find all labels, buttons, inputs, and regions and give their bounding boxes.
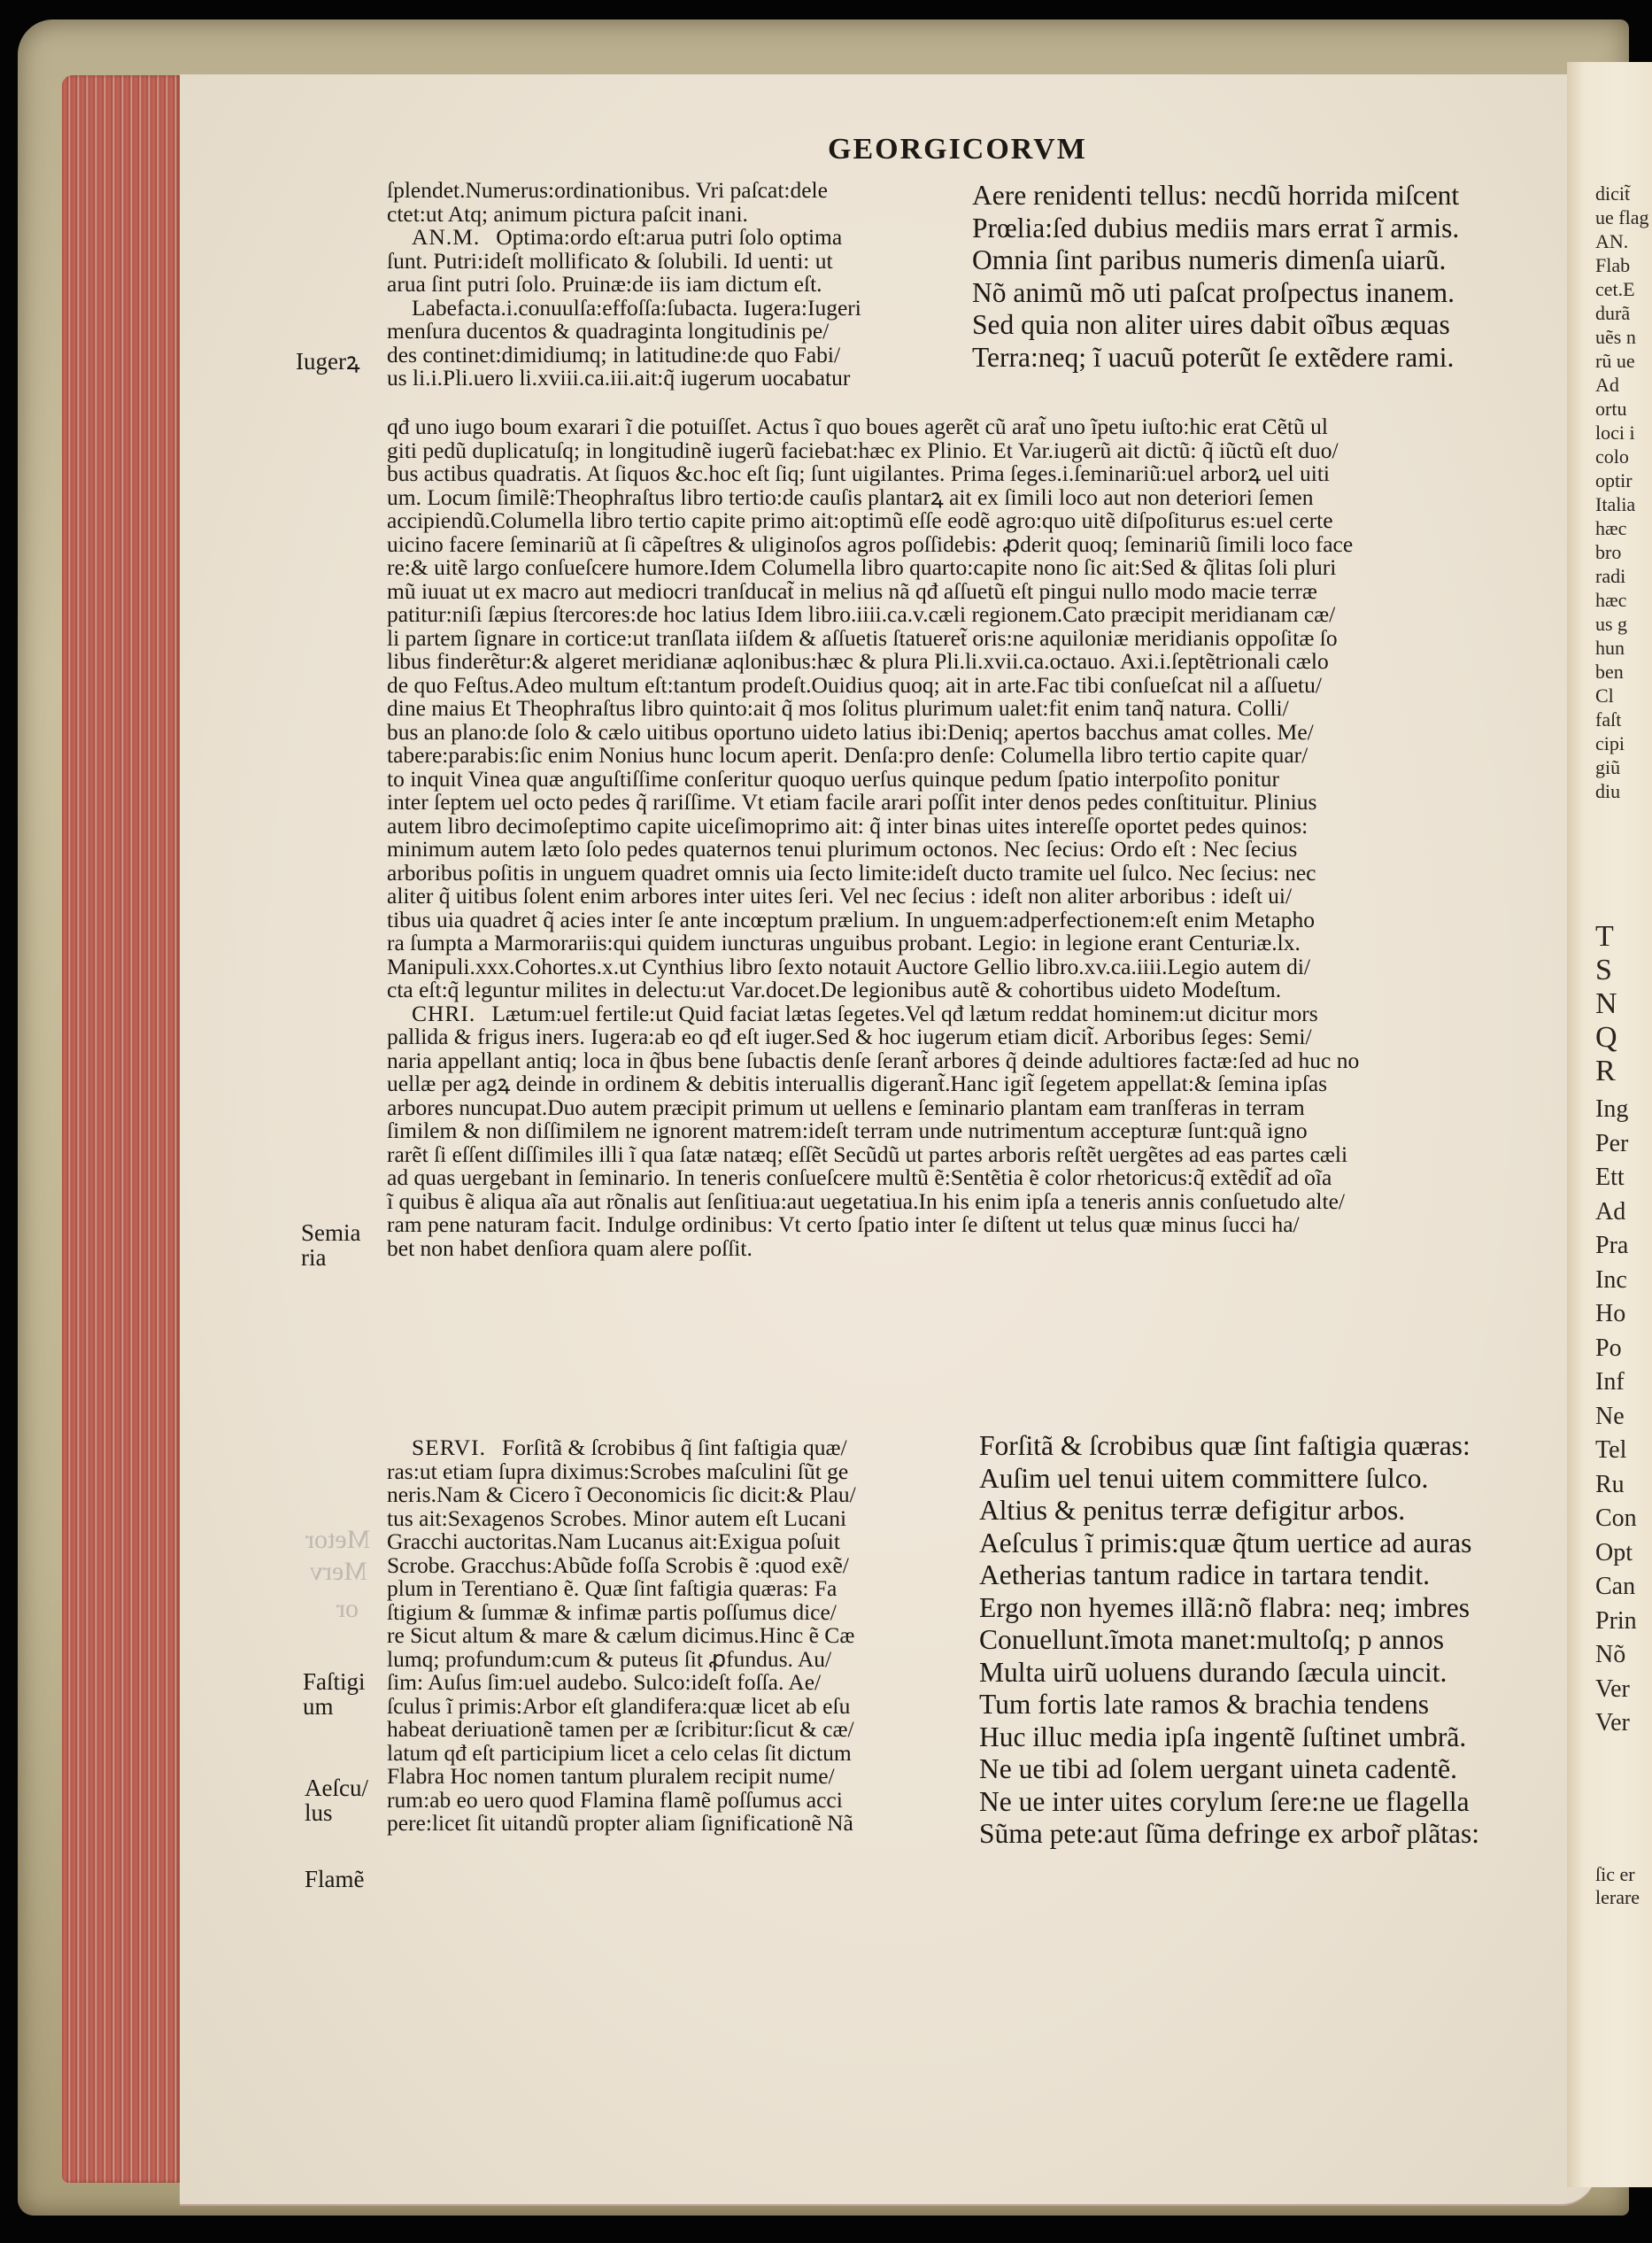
line-text: pallida & frigus iners. Iugera:ab eo qđ … <box>387 1024 1312 1049</box>
commentary-line: neris.Nam & Cicero ĩ Oeconomicis ſic dic… <box>387 1483 971 1507</box>
line-text: tibus uia quadret q̃ acies inter ſe ante… <box>387 907 1315 932</box>
commentary-line: Flabra Hoc nomen tantum pluralem recipit… <box>387 1765 971 1789</box>
marginal-note-line: lus <box>305 1800 368 1825</box>
commentator-siglum: CHRI. <box>412 1001 475 1026</box>
next-page-fragment: R <box>1595 1056 1652 1087</box>
next-page-fragment: bro <box>1595 541 1652 564</box>
verse-bottom-right: Forſitã & ſcrobibus quæ ſint faſtigia qu… <box>979 1430 1563 1851</box>
commentary-line: ſim: Auſus ſim:uel audebo. Sulco:ideſt f… <box>387 1671 971 1695</box>
verse-line: Forſitã & ſcrobibus quæ ſint faſtigia qu… <box>979 1430 1563 1463</box>
line-text: arboribus poſitis in unguem quadret omni… <box>387 860 1316 886</box>
commentary-line: naria appellant antiq; loca in q̃bus ben… <box>387 1049 1538 1073</box>
next-page-fragment: AN. <box>1595 230 1652 253</box>
line-text: aliter q̃ uitibus ſolent enim arbores in… <box>387 883 1292 909</box>
line-text: ĩ quibus ẽ aliqua aĩa aut rõnalis aut ſe… <box>387 1188 1345 1214</box>
marginal-note-flamen: Flamẽ <box>305 1867 365 1891</box>
commentary-line: rarẽt ſi eſſent diſſimiles illi ĩ qua ſa… <box>387 1143 1538 1167</box>
commentary-line: ra ſumpta a Marmorariis:qui quidem iunct… <box>387 932 1538 955</box>
line-text: ctet:ut Atq; animum pictura paſcit inani… <box>387 201 748 227</box>
verse-line: Huc illuc media ipſa ingentẽ ſuſtinet um… <box>979 1721 1563 1754</box>
commentary-line: arua ſint putri ſolo. Pruinæ:de iis iam … <box>387 273 971 297</box>
commentary-line: arboribus poſitis in unguem quadret omni… <box>387 862 1538 886</box>
next-page-fragment: loci i <box>1595 422 1652 445</box>
commentary-line: plum in Terentiano ẽ. Quæ ſint faſtigia … <box>387 1577 971 1601</box>
commentator-siglum: AN.M. <box>412 224 480 250</box>
line-text: ſculus ĩ primis:Arbor eſt glandifera:quæ… <box>387 1693 850 1719</box>
line-text: bet non habet denſiora quam alere poſſit… <box>387 1235 753 1261</box>
commentary-line: dine maius Et Theophraſtus libro quinto:… <box>387 697 1538 721</box>
next-page-fragment: Ing <box>1595 1094 1652 1125</box>
next-page-fragment: Per <box>1595 1128 1652 1160</box>
commentary-line: CHRI.Lætum:uel fertile:ut Quid faciat læ… <box>387 1002 1538 1026</box>
marginal-note-line: Iugerꝝ <box>296 349 360 374</box>
next-page-fragment: Pra <box>1595 1230 1652 1262</box>
commentary-line: ſunt. Putri:ideſt mollificato & ſolubili… <box>387 250 971 274</box>
commentary-line: qđ uno iugo boum exarari ĩ die potuiſſet… <box>387 415 1538 439</box>
line-text: Manipuli.xxx.Cohortes.x.ut Cynthius libr… <box>387 954 1310 979</box>
line-text: bus actibus quadratis. At ſiquos &c.hoc … <box>387 460 1330 486</box>
commentary-line: us li.i.Pli.uero li.xviii.ca.iii.ait:q̃ … <box>387 367 971 391</box>
line-text: uellæ per agꝝ deinde in ordinem & debiti… <box>387 1071 1327 1096</box>
line-text: Gracchi auctoritas.Nam Lucanus ait:Exigu… <box>387 1528 840 1554</box>
next-page-fragment: Ver <box>1595 1674 1652 1705</box>
next-page-fragment: S <box>1595 955 1652 986</box>
next-page-fragment: Ru <box>1595 1469 1652 1501</box>
commentary-line: bus an plano:de ſolo & cælo uitibus opor… <box>387 721 1538 745</box>
commentary-line: giti pedũ duplicatuſq; in longitudinẽ iu… <box>387 439 1538 463</box>
verse-line: Omnia ſint paribus numeris dimenſa uiarũ… <box>972 244 1539 277</box>
verse-line: Aere renidenti tellus: necdũ horrida miſ… <box>972 180 1539 213</box>
line-text: pere:licet ſit uitandũ propter aliam ſig… <box>387 1810 853 1836</box>
line-text: arbores nuncupat.Duo autem præcipit prim… <box>387 1094 1305 1120</box>
line-text: Forſitã & ſcrobibus q̃ ſint faſtigia quæ… <box>502 1435 847 1460</box>
line-text: rarẽt ſi eſſent diſſimiles illi ĩ qua ſa… <box>387 1141 1347 1167</box>
commentary-line: de quo Feſtus.Adeo multum eſt:tantum pro… <box>387 674 1538 698</box>
line-text: libus finderẽtur:& algeret meridianæ aql… <box>387 648 1329 674</box>
commentary-line: tabere:parabis:ſic enim Nonius hunc locu… <box>387 744 1538 768</box>
next-page-fragment: Flab <box>1595 254 1652 277</box>
commentary-top-left: ſplendet.Numerus:ordinationibus. Vri paſ… <box>387 179 971 391</box>
verse-line: Prœlia:ſed dubius mediis mars errat ĩ ar… <box>972 213 1539 245</box>
marginal-note-fastigium: Faſtigium <box>303 1669 366 1719</box>
commentary-line: tibus uia quadret q̃ acies inter ſe ante… <box>387 909 1538 932</box>
verse-line: Sũma pete:aut ſũma defringe ex arbor̃ pl… <box>979 1818 1563 1851</box>
next-page-fragment: Ne <box>1595 1401 1652 1433</box>
next-page-fragment: lerare <box>1595 1886 1652 1909</box>
verse-line: Aetherias tantum radice in tartara tendi… <box>979 1559 1563 1592</box>
verse-line: Nõ animũ mõ uti paſcat proſpectus inanem… <box>972 277 1539 310</box>
next-page-fragment: Ad <box>1595 374 1652 397</box>
commentary-line: minimum autem læto ſolo pedes quaternos … <box>387 838 1538 862</box>
verse-line: Multa uirũ uoluens durando ſæcula uincit… <box>979 1657 1563 1690</box>
next-page-fragment: Can <box>1595 1571 1652 1603</box>
line-text: us li.i.Pli.uero li.xviii.ca.iii.ait:q̃ … <box>387 365 850 391</box>
next-page-fragment: Ett <box>1595 1162 1652 1194</box>
line-text: re:& uitẽ largo conſueſcere humore.Idem … <box>387 554 1336 580</box>
line-text: des continet:dimidiumq; in latitudine:de… <box>387 342 840 367</box>
commentary-line: re:& uitẽ largo conſueſcere humore.Idem … <box>387 556 1538 580</box>
commentary-line: arbores nuncupat.Duo autem præcipit prim… <box>387 1096 1538 1120</box>
next-page-fragment: Ver <box>1595 1707 1652 1739</box>
verse-line: Conuellunt.ĩmota manet:multoſq; p annos <box>979 1624 1563 1657</box>
commentary-line: Manipuli.xxx.Cohortes.x.ut Cynthius libr… <box>387 955 1538 979</box>
verse-line: Ergo non hyemes illã:nõ flabra: neq; imb… <box>979 1592 1563 1625</box>
verse-line: Tum fortis late ramos & brachia tendens <box>979 1689 1563 1721</box>
show-through-word: Merv <box>310 1557 367 1587</box>
commentary-line: ram pene naturam facit. Indulge ordinibu… <box>387 1213 1538 1237</box>
red-fore-edge <box>62 75 181 2183</box>
line-text: patitur:niſi ſæpius ſtercores:de hoc lat… <box>387 601 1335 627</box>
line-text: autem libro decimoſeptimo capite uiceſim… <box>387 813 1308 839</box>
line-text: Lætum:uel fertile:ut Quid faciat lætas ſ… <box>491 1001 1317 1026</box>
commentary-line: libus finderẽtur:& algeret meridianæ aql… <box>387 650 1538 674</box>
line-text: inter ſeptem uel octo pedes q̃ rariſſime… <box>387 789 1316 815</box>
next-page-fragment: diu <box>1595 780 1652 803</box>
marginal-note-line: Faſtigi <box>303 1669 366 1694</box>
commentary-line: ĩ quibus ẽ aliqua aĩa aut rõnalis aut ſe… <box>387 1190 1538 1214</box>
commentary-line: ſculus ĩ primis:Arbor eſt glandifera:quæ… <box>387 1695 971 1719</box>
marginal-note-line: ria <box>301 1245 361 1270</box>
verse-line: Ne ue inter uites corylum ſere:ne ue fla… <box>979 1786 1563 1819</box>
next-page-fragment: ortu <box>1595 398 1652 421</box>
line-text: qđ uno iugo boum exarari ĩ die potuiſſet… <box>387 414 1328 439</box>
commentary-bottom-left: SERVI.Forſitã & ſcrobibus q̃ ſint faſtig… <box>387 1436 971 1836</box>
commentary-line: Labefacta.i.conuulſa:effoſſa:ſubacta. Iu… <box>387 297 971 321</box>
commentary-line: autem libro decimoſeptimo capite uiceſim… <box>387 815 1538 839</box>
commentary-line: li partem ſignare in cortice:ut tranſlat… <box>387 627 1538 651</box>
commentary-line: des continet:dimidiumq; in latitudine:de… <box>387 344 971 367</box>
next-page-fragment: cipi <box>1595 732 1652 755</box>
next-page-fragment: uẽs n <box>1595 326 1652 349</box>
commentary-line: lumq; profundum:cum & puteus ſit ꝓfundus… <box>387 1648 971 1672</box>
commentary-line: pere:licet ſit uitandũ propter aliam ſig… <box>387 1812 971 1836</box>
commentary-line: patitur:niſi ſæpius ſtercores:de hoc lat… <box>387 603 1538 627</box>
line-text: ras:ut etiam ſupra diximus:Scrobes maſcu… <box>387 1458 848 1484</box>
commentary-line: um. Locum ſimilẽ:Theophraſtus libro tert… <box>387 486 1538 510</box>
next-page-fragment: Con <box>1595 1503 1652 1535</box>
line-text: ad quas uergebant in ſeminario. In tener… <box>387 1164 1332 1190</box>
running-head: GEORGICORVM <box>828 133 1087 166</box>
next-page-fragment: ue flag <box>1595 206 1652 229</box>
line-text: li partem ſignare in cortice:ut tranſlat… <box>387 625 1338 651</box>
next-page-fragment: Ho <box>1595 1298 1652 1330</box>
verse-line: Terra:neq; ĩ uacuũ poterũt ſe extẽdere r… <box>972 342 1539 375</box>
commentary-line: ſimilem & non diſſimilem ne ignorent mat… <box>387 1119 1538 1143</box>
commentary-line: tus ait:Sexagenos Scrobes. Minor autem e… <box>387 1507 971 1531</box>
line-text: minimum autem læto ſolo pedes quaternos … <box>387 836 1297 862</box>
next-page-fragment: Inc <box>1595 1265 1652 1296</box>
next-page-fragment: Nõ <box>1595 1639 1652 1671</box>
show-through-word: Metor <box>305 1525 370 1555</box>
commentary-line: aliter q̃ uitibus ſolent enim arbores in… <box>387 885 1538 909</box>
next-page-fragment: hun <box>1595 637 1652 660</box>
line-text: Optima:ordo eſt:arua putri ſolo optima <box>496 224 842 250</box>
commentary-line: ſplendet.Numerus:ordinationibus. Vri paſ… <box>387 179 971 203</box>
next-page-fragment: Opt <box>1595 1537 1652 1569</box>
next-page-fragment: hæc <box>1595 589 1652 612</box>
commentary-line: Scrobe. Gracchus:Abũde foſſa Scrobis ẽ :… <box>387 1554 971 1578</box>
next-page-fragment: ſic er <box>1595 1863 1652 1886</box>
line-text: neris.Nam & Cicero ĩ Oeconomicis ſic dic… <box>387 1481 856 1507</box>
line-text: lumq; profundum:cum & puteus ſit ꝓfundus… <box>387 1646 831 1672</box>
line-text: cta eſt:q̃ leguntur milites in delectu:u… <box>387 977 1281 1002</box>
commentary-line: to inquit Vinea quæ anguſtiſſime conſeri… <box>387 768 1538 792</box>
next-page-fragment: Tel <box>1595 1435 1652 1466</box>
line-text: tus ait:Sexagenos Scrobes. Minor autem e… <box>387 1505 846 1531</box>
line-text: re Sicut altum & mare & cælum dicimus.Hi… <box>387 1622 854 1648</box>
line-text: dine maius Et Theophraſtus libro quinto:… <box>387 695 1289 721</box>
commentary-line: ſtigium & ſummæ & infimæ partis poſſumus… <box>387 1601 971 1625</box>
commentary-line: ad quas uergebant in ſeminario. In tener… <box>387 1166 1538 1190</box>
verse-top-right: Aere renidenti tellus: necdũ horrida miſ… <box>972 180 1539 374</box>
next-page-fragment: giũ <box>1595 756 1652 779</box>
next-page-fragment: ben <box>1595 661 1652 684</box>
marginal-note-line: Flamẽ <box>305 1867 365 1891</box>
next-page-fragment: Italia <box>1595 493 1652 516</box>
commentary-line: menſura ducentos & quadraginta longitudi… <box>387 320 971 344</box>
commentary-line: mũ iuuat ut ex macro aut mediocri tranſd… <box>387 580 1538 604</box>
line-text: Labefacta.i.conuulſa:effoſſa:ſubacta. Iu… <box>412 295 861 321</box>
line-text: bus an plano:de ſolo & cælo uitibus opor… <box>387 719 1314 745</box>
verse-line: Aeſculus ĩ primis:quæ q̃tum uertice ad a… <box>979 1528 1563 1560</box>
commentary-line: accipiendũ.Columella libro tertio capite… <box>387 509 1538 533</box>
commentary-line: inter ſeptem uel octo pedes q̃ rariſſime… <box>387 791 1538 815</box>
line-text: latum qđ eſt participium licet a celo ce… <box>387 1740 852 1766</box>
commentary-full-width: qđ uno iugo boum exarari ĩ die potuiſſet… <box>387 415 1538 1260</box>
line-text: Flabra Hoc nomen tantum pluralem recipit… <box>387 1763 835 1789</box>
line-text: ſunt. Putri:ideſt mollificato & ſolubili… <box>387 248 833 274</box>
verse-line: Altius & penitus terræ defigitur arbos. <box>979 1495 1563 1528</box>
line-text: de quo Feſtus.Adeo multum eſt:tantum pro… <box>387 672 1322 698</box>
line-text: accipiendũ.Columella libro tertio capite… <box>387 507 1333 533</box>
line-text: plum in Terentiano ẽ. Quæ ſint faſtigia … <box>387 1575 837 1601</box>
commentator-siglum: SERVI. <box>412 1435 486 1460</box>
next-page-fragment: faſt <box>1595 708 1652 731</box>
line-text: arua ſint putri ſolo. Pruinæ:de iis iam … <box>387 271 822 297</box>
next-page-fragment: cet.E <box>1595 278 1652 301</box>
line-text: habeat deriuationẽ tamen per æ ſcribitur… <box>387 1716 854 1742</box>
next-page-fragment: colo <box>1595 445 1652 468</box>
commentary-line: uicino facere ſeminariũ at ſi cãpeſtres … <box>387 533 1538 557</box>
commentary-line: bus actibus quadratis. At ſiquos &c.hoc … <box>387 462 1538 486</box>
next-page-fragment: hæc <box>1595 517 1652 540</box>
marginal-note-line: Aeſcu/ <box>305 1775 368 1800</box>
marginal-note-iugerum: Iugerꝝ <box>296 349 360 374</box>
marginal-note-aesculus: Aeſcu/lus <box>305 1775 368 1825</box>
commentary-line: SERVI.Forſitã & ſcrobibus q̃ ſint faſtig… <box>387 1436 971 1460</box>
next-page-fragment: rũ ue <box>1595 350 1652 373</box>
line-text: naria appellant antiq; loca in q̃bus ben… <box>387 1048 1359 1073</box>
line-text: to inquit Vinea quæ anguſtiſſime conſeri… <box>387 766 1279 792</box>
next-page-fragment: N <box>1595 988 1652 1020</box>
line-text: mũ iuuat ut ex macro aut mediocri tranſd… <box>387 578 1317 604</box>
commentary-line: Gracchi auctoritas.Nam Lucanus ait:Exigu… <box>387 1530 971 1554</box>
verse-line: Sed quia non aliter uires dabit oĩbus æq… <box>972 309 1539 342</box>
line-text: tabere:parabis:ſic enim Nonius hunc locu… <box>387 742 1308 768</box>
line-text: uicino facere ſeminariũ at ſi cãpeſtres … <box>387 531 1353 557</box>
commentary-line: bet non habet denſiora quam alere poſſit… <box>387 1237 1538 1261</box>
verse-line: Ne ue tibi ad ſolem uergant uineta caden… <box>979 1753 1563 1786</box>
next-page-fragment: Ad <box>1595 1196 1652 1228</box>
commentary-line: AN.M.Optima:ordo eſt:arua putri ſolo opt… <box>387 226 971 250</box>
next-page-fragment: us g <box>1595 613 1652 636</box>
verse-line: Auſim uel tenui uitem committere ſulco. <box>979 1463 1563 1496</box>
commentary-line: habeat deriuationẽ tamen per æ ſcribitur… <box>387 1718 971 1742</box>
line-text: ſtigium & ſummæ & infimæ partis poſſumus… <box>387 1599 837 1625</box>
show-through-word: or <box>336 1594 359 1624</box>
next-page-fragment: Prin <box>1595 1605 1652 1637</box>
marginal-note-seminaria: Semiaria <box>301 1220 361 1270</box>
next-page-fragment: durã <box>1595 302 1652 325</box>
next-page-fragment: Cl <box>1595 685 1652 708</box>
commentary-line: pallida & frigus iners. Iugera:ab eo qđ … <box>387 1025 1538 1049</box>
line-text: Scrobe. Gracchus:Abũde foſſa Scrobis ẽ :… <box>387 1552 849 1578</box>
next-page-fragment: Po <box>1595 1333 1652 1365</box>
line-text: ra ſumpta a Marmorariis:qui quidem iunct… <box>387 930 1301 955</box>
next-page-fragment: Q <box>1595 1022 1652 1054</box>
marginal-note-line: um <box>303 1694 366 1719</box>
line-text: giti pedũ duplicatuſq; in longitudinẽ iu… <box>387 437 1339 463</box>
commentary-line: re Sicut altum & mare & cælum dicimus.Hi… <box>387 1624 971 1648</box>
line-text: ſplendet.Numerus:ordinationibus. Vri paſ… <box>387 177 828 203</box>
next-page-fragment: T <box>1595 921 1652 953</box>
line-text: menſura ducentos & quadraginta longitudi… <box>387 318 829 344</box>
marginal-note-line: Semia <box>301 1220 361 1245</box>
line-text: ſimilem & non diſſimilem ne ignorent mat… <box>387 1118 1308 1143</box>
line-text: ſim: Auſus ſim:uel audebo. Sulco:ideſt f… <box>387 1669 821 1695</box>
next-page-fragment: dicit̃ <box>1595 182 1652 205</box>
next-page-fragment: optir <box>1595 469 1652 492</box>
commentary-line: ras:ut etiam ſupra diximus:Scrobes maſcu… <box>387 1460 971 1484</box>
commentary-line: cta eſt:q̃ leguntur milites in delectu:u… <box>387 978 1538 1002</box>
commentary-line: latum qđ eſt participium licet a celo ce… <box>387 1742 971 1766</box>
commentary-line: ctet:ut Atq; animum pictura paſcit inani… <box>387 203 971 227</box>
line-text: um. Locum ſimilẽ:Theophraſtus libro tert… <box>387 484 1314 510</box>
commentary-line: rum:ab eo uero quod Flamina flamẽ poſſum… <box>387 1789 971 1813</box>
line-text: rum:ab eo uero quod Flamina flamẽ poſſum… <box>387 1787 843 1813</box>
commentary-line: uellæ per agꝝ deinde in ordinem & debiti… <box>387 1072 1538 1096</box>
next-page-fragment: Inf <box>1595 1366 1652 1398</box>
line-text: ram pene naturam facit. Indulge ordinibu… <box>387 1211 1300 1237</box>
next-page-fragment: radi <box>1595 565 1652 588</box>
